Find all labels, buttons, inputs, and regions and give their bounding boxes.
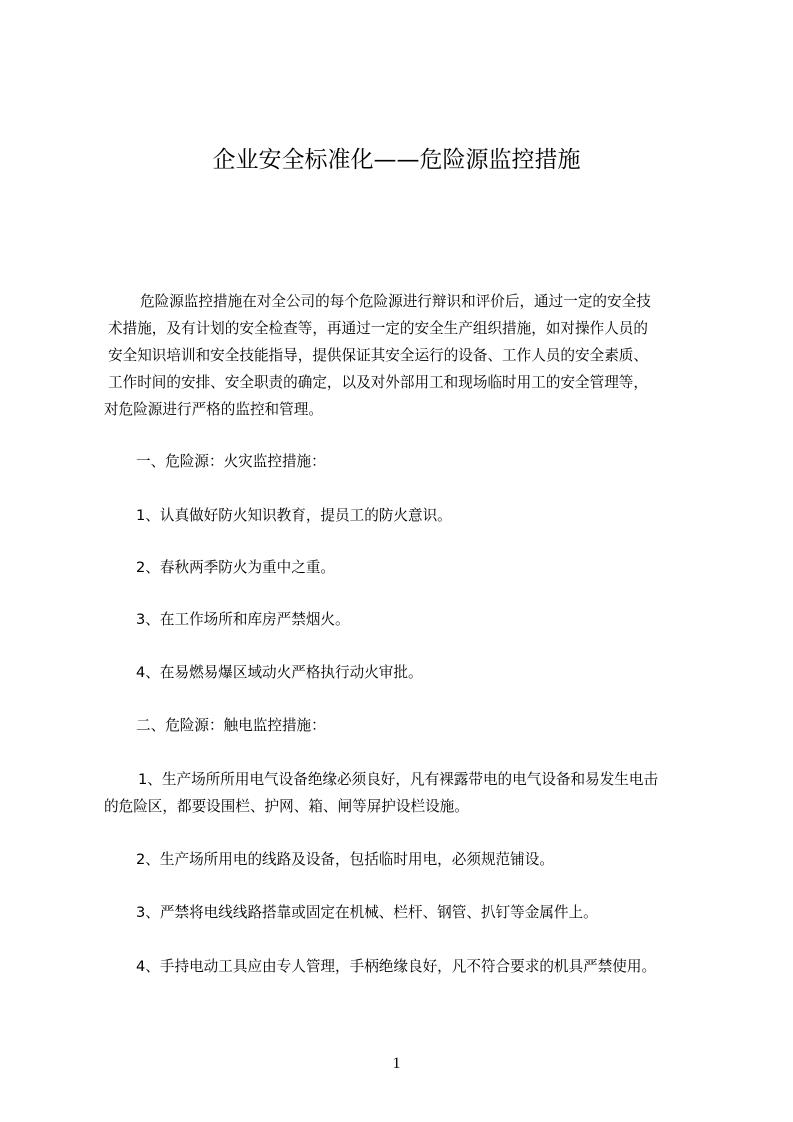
section-heading: 二、危险源：触电监控措施： bbox=[136, 716, 326, 736]
list-item: 3、严禁将电线线路搭靠或固定在机械、栏杆、钢管、扒钉等金属件上。 bbox=[136, 903, 598, 923]
list-item: 1、生产场所所用电气设备绝缘必须良好，凡有裸露带电的电气设备和易发生电击 bbox=[138, 770, 658, 790]
list-item: 1、认真做好防火知识教育，提员工的防火意识。 bbox=[136, 506, 452, 526]
document-title: 企业安全标准化——危险源监控措施 bbox=[0, 141, 793, 174]
list-item: 2、生产场所用电的线路及设备，包括临时用电，必须规范铺设。 bbox=[136, 850, 554, 870]
page-number: 1 bbox=[0, 1055, 793, 1073]
intro-line: 安全知识培训和安全技能指导，提供保证其安全运行的设备、工作人员的安全素质、 bbox=[108, 346, 648, 366]
list-item: 4、在易燃易爆区域动火严格执行动火审批。 bbox=[136, 663, 423, 683]
list-item: 4、手持电动工具应由专人管理，手柄绝缘良好，凡不符合要求的机具严禁使用。 bbox=[136, 957, 656, 977]
list-item-continuation: 的危险区，都要设围栏、护网、箱、闸等屏护设栏设施。 bbox=[104, 797, 469, 817]
intro-line: 术措施，及有计划的安全检查等，再通过一定的安全生产组织措施，如对操作人员的 bbox=[108, 319, 648, 339]
list-item: 3、在工作场所和库房严禁烟火。 bbox=[136, 610, 350, 630]
intro-line: 工作时间的安排、安全职责的确定，以及对外部用工和现场临时用工的安全管理等， bbox=[108, 373, 648, 393]
intro-line: 对危险源进行严格的监控和管理。 bbox=[104, 400, 323, 420]
intro-line: 危险源监控措施在对全公司的每个危险源进行辩识和评价后，通过一定的安全技 bbox=[140, 292, 651, 312]
section-heading: 一、危险源：火灾监控措施： bbox=[136, 452, 326, 472]
list-item: 2、春秋两季防火为重中之重。 bbox=[136, 558, 335, 578]
